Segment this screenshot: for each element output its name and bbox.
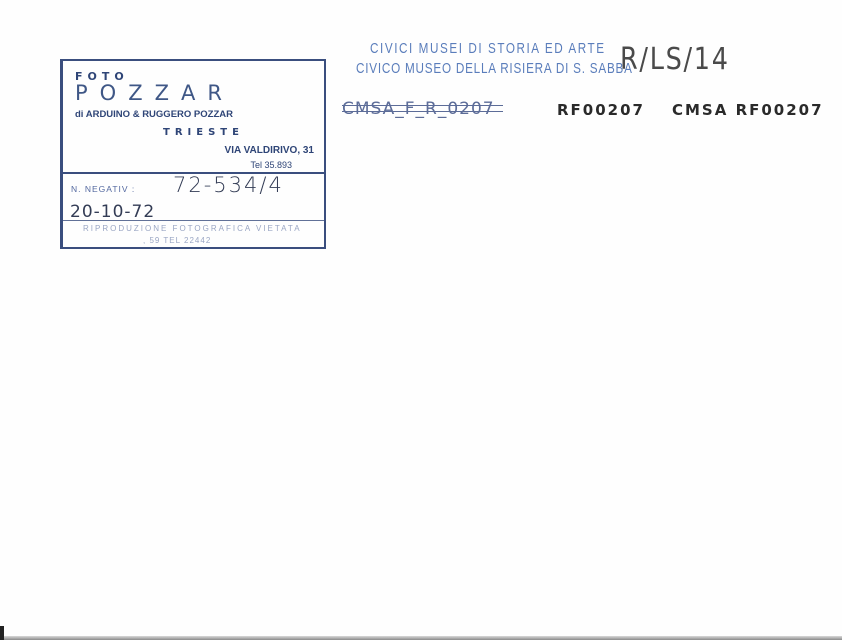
scan-edge <box>0 636 842 640</box>
negative-number: 72-534/4 <box>173 173 284 197</box>
strikethrough-line <box>342 105 503 106</box>
scan-corner-shadow <box>0 626 4 640</box>
inventory-code-cmsa: CMSA RF00207 <box>672 101 824 119</box>
scanned-photo-back: FOTO POZZAR di ARDUINO & RUGGERO POZZAR … <box>0 0 842 640</box>
studio-address: VIA VALDIRIVO, 31 <box>225 145 314 156</box>
reference-code: R/LS/14 <box>620 42 730 77</box>
studio-owners: di ARDUINO & RUGGERO POZZAR <box>75 109 233 120</box>
museum-stamp-line1: CIVICI MUSEI DI STORIA ED ARTE <box>370 40 543 57</box>
negative-label: N. NEGATIV : <box>71 184 135 194</box>
reproduction-notice-contact: , 59 TEL 22442 <box>143 236 211 245</box>
studio-phone: Tel 35.893 <box>250 160 292 170</box>
stamp-divider <box>63 220 324 221</box>
strikethrough-line <box>342 111 503 112</box>
negative-date: 20-10-72 <box>70 202 155 222</box>
museum-stamp: CIVICI MUSEI DI STORIA ED ARTE CIVICO MU… <box>356 40 543 77</box>
studio-city: TRIESTE <box>63 127 324 138</box>
museum-stamp-line2: CIVICO MUSEO DELLA RISIERA DI S. SABBA <box>356 60 543 77</box>
studio-name: POZZAR <box>75 81 234 105</box>
photographer-stamp: FOTO POZZAR di ARDUINO & RUGGERO POZZAR … <box>60 59 326 249</box>
old-inventory-code-text: CMSA_F_R_0207 <box>342 99 495 119</box>
old-inventory-code: CMSA_F_R_0207 <box>342 99 495 119</box>
inventory-code: RF00207 <box>557 101 645 119</box>
reproduction-notice: RIPRODUZIONE FOTOGRAFICA VIETATA <box>83 224 302 233</box>
